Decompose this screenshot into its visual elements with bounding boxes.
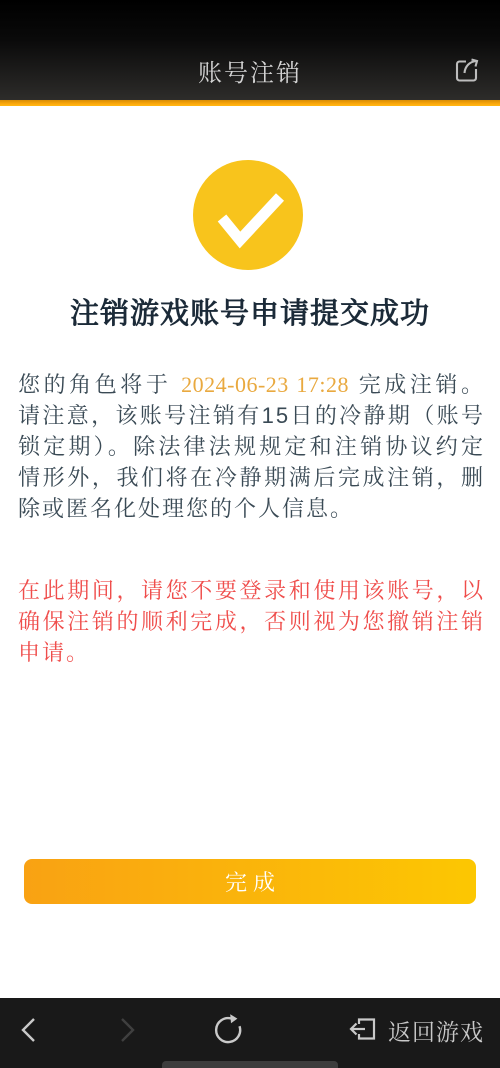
accent-strip (0, 100, 500, 106)
deletion-info-text: 您的角色将于 2024-06-23 17:28 完成注销。请注意，该账号注销有1… (18, 369, 485, 524)
refresh-button[interactable] (210, 1011, 246, 1049)
back-arrow-icon (16, 1033, 44, 1048)
account-deletion-screen: 账号注销 注销游戏账号申请提交成功 您的角色将于 2024-06-23 17:2… (0, 0, 500, 1068)
result-title: 注销游戏账号申请提交成功 (0, 291, 500, 332)
bottom-nav-bar: 返回游戏 (0, 998, 500, 1068)
home-indicator-handle[interactable] (162, 1061, 338, 1068)
done-button[interactable]: 完成 (24, 859, 476, 904)
info-before-date: 您的角色将于 (18, 372, 181, 397)
return-to-game-label: 返回游戏 (388, 1014, 484, 1047)
warning-text: 在此期间，请您不要登录和使用该账号，以确保注销的顺利完成，否则视为您撤销注销申请… (18, 575, 485, 668)
forward-arrow-icon (112, 1033, 140, 1048)
share-icon (450, 74, 484, 89)
share-button[interactable] (450, 52, 484, 86)
page-title: 账号注销 (0, 53, 500, 88)
exit-icon (347, 1015, 379, 1046)
deletion-datetime: 2024-06-23 17:28 (181, 372, 349, 397)
header-bar: 账号注销 (0, 0, 500, 100)
refresh-icon (210, 1037, 246, 1052)
back-button[interactable] (16, 1015, 44, 1045)
return-to-game-button[interactable]: 返回游戏 (347, 998, 484, 1062)
success-badge (193, 160, 303, 270)
forward-button[interactable] (112, 1015, 140, 1045)
